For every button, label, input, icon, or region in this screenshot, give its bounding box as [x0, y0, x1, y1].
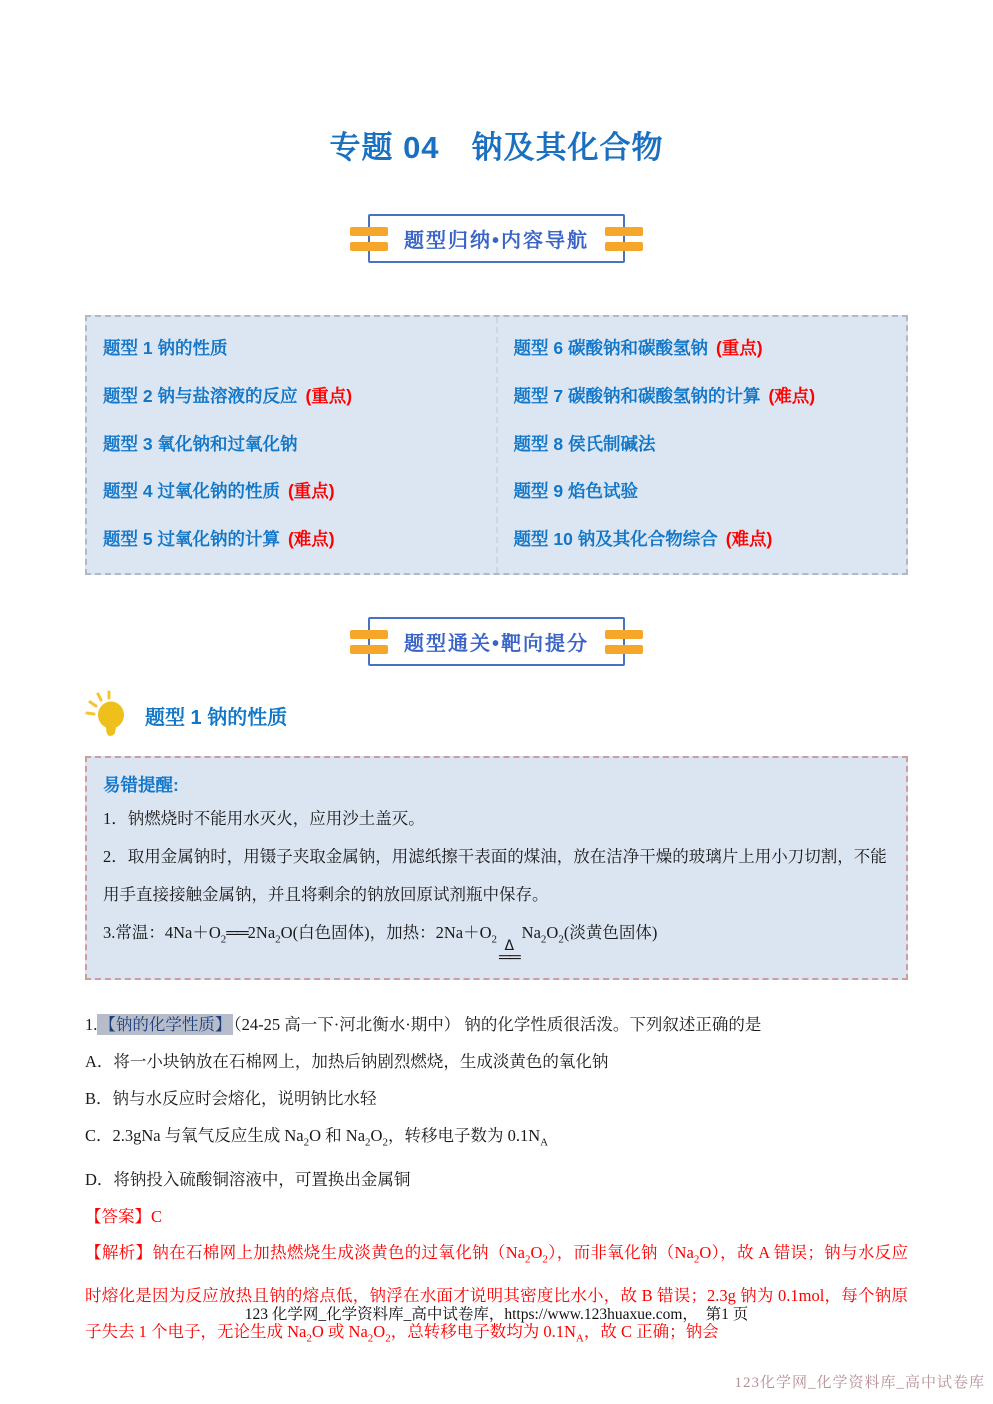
question-topic-tag: 【钠的化学性质】	[97, 1014, 233, 1035]
double-bars-icon	[605, 624, 643, 660]
error-alert-box: 易错提醒: 1．钠燃烧时不能用水灭火，应用沙土盖灭。 2．取用金属钠时，用镊子夹…	[85, 756, 908, 980]
topic-label: 题型 8 侯氏制碱法	[514, 434, 656, 454]
watermark: 123化学网_化学资料库_高中试卷库	[734, 1371, 985, 1392]
topic-label: 题型 10 钠及其化合物综合	[514, 529, 718, 549]
topic-item: 题型 8 侯氏制碱法	[514, 431, 891, 456]
topic-tag: (重点)	[716, 338, 763, 358]
topic-label: 题型 6 碳酸钠和碳酸氢钠	[514, 338, 708, 358]
analysis-paragraph: 【解析】钠在石棉网上加热燃烧生成淡黄色的过氧化钠（Na2O2），而非氧化钠（Na…	[85, 1235, 908, 1356]
banner-nav-label: 题型归纳•内容导航	[404, 230, 589, 252]
option-d: D．将钠投入硫酸铜溶液中，可置换出金属铜	[85, 1161, 908, 1198]
option-b: B．钠与水反应时会熔化，说明钠比水轻	[85, 1080, 908, 1117]
bar-shape	[350, 630, 388, 639]
question-stem: 1.【钠的化学性质】（24-25 高一下·河北衡水·期中） 钠的化学性质很活泼。…	[85, 1006, 908, 1043]
tip-item: 2．取用金属钠时，用镊子夹取金属钠，用滤纸擦干表面的煤油，放在洁净干燥的玻璃片上…	[103, 838, 890, 914]
topic-item: 题型 4 过氧化钠的性质(重点)	[103, 478, 480, 503]
tip-item: 1．钠燃烧时不能用水灭火，应用沙土盖灭。	[103, 800, 890, 838]
page-footer: 123 化学网_化学资料库_高中试卷库，https://www.123huaxu…	[0, 1302, 993, 1324]
tip-item-equation: 3.常温：4Na＋O2══2Na2O(白色固体)，加热：2Na＋O2Δ══Na2…	[103, 914, 890, 964]
topic-label: 题型 2 钠与盐溶液的反应	[103, 386, 297, 406]
banner-practice-label: 题型通关•靶向提分	[404, 633, 589, 655]
topic-item: 题型 7 碳酸钠和碳酸氢钠的计算(难点)	[514, 383, 891, 408]
topic-label: 题型 1 钠的性质	[103, 338, 227, 358]
page-title: 专题 04 钠及其化合物	[0, 0, 993, 167]
topic-tag: (重点)	[305, 386, 352, 406]
topic-label: 题型 7 碳酸钠和碳酸氢钠的计算	[514, 386, 761, 406]
bar-shape	[605, 645, 643, 654]
bar-shape	[605, 227, 643, 236]
analysis-label: 【解析】	[85, 1243, 152, 1262]
topic-item: 题型 3 氧化钠和过氧化钠	[103, 431, 480, 456]
section-title: 题型 1 钠的性质	[145, 701, 287, 730]
lightbulb-icon	[85, 690, 129, 740]
question-stem-text: （24-25 高一下·河北衡水·期中） 钠的化学性质很活泼。下列叙述正确的是	[233, 1015, 761, 1034]
section-heading: 题型 1 钠的性质	[85, 690, 908, 740]
topic-item: 题型 2 钠与盐溶液的反应(重点)	[103, 383, 480, 408]
topic-item: 题型 6 碳酸钠和碳酸氢钠(重点)	[514, 335, 891, 360]
topic-label: 题型 4 过氧化钠的性质	[103, 481, 280, 501]
topic-tag: (难点)	[288, 529, 335, 549]
topic-tag: (重点)	[288, 481, 335, 501]
banner-practice: 题型通关•靶向提分	[368, 617, 625, 666]
bar-shape	[605, 630, 643, 639]
bar-shape	[605, 242, 643, 251]
topic-item: 题型 5 过氧化钠的计算(难点)	[103, 526, 480, 551]
topic-label: 题型 9 焰色试验	[514, 481, 638, 501]
option-c: C．2.3gNa 与氧气反应生成 Na2O 和 Na2O2，转移电子数为 0.1…	[85, 1117, 908, 1161]
analysis-text: 钠在石棉网上加热燃烧生成淡黄色的过氧化钠（Na2O2），而非氧化钠（Na2O），…	[85, 1243, 908, 1340]
topic-item: 题型 10 钠及其化合物综合(难点)	[514, 526, 891, 551]
topic-tag: (难点)	[726, 529, 773, 549]
document-page: 专题 04 钠及其化合物 题型归纳•内容导航 题型 1 钠的性质 题型 2 钠与…	[0, 0, 993, 1404]
topic-item: 题型 1 钠的性质	[103, 335, 480, 360]
topic-tag: (难点)	[768, 386, 815, 406]
banner-content-nav: 题型归纳•内容导航	[368, 214, 625, 263]
double-bars-icon	[350, 221, 388, 257]
topic-item: 题型 9 焰色试验	[514, 478, 891, 503]
topic-index-table: 题型 1 钠的性质 题型 2 钠与盐溶液的反应(重点) 题型 3 氧化钠和过氧化…	[85, 315, 908, 575]
topic-label: 题型 3 氧化钠和过氧化钠	[103, 434, 297, 454]
tips-heading: 易错提醒:	[103, 770, 890, 800]
option-a: A．将一小块钠放在石棉网上，加热后钠剧烈燃烧，生成淡黄色的氧化钠	[85, 1043, 908, 1080]
double-bars-icon	[605, 221, 643, 257]
bar-shape	[350, 645, 388, 654]
topic-label: 题型 5 过氧化钠的计算	[103, 529, 280, 549]
answer-value: C	[151, 1207, 162, 1226]
answer-label: 【答案】	[85, 1207, 151, 1226]
double-bars-icon	[350, 624, 388, 660]
question-number: 1.	[85, 1015, 97, 1034]
answer-line: 【答案】C	[85, 1198, 908, 1235]
bar-shape	[350, 242, 388, 251]
bar-shape	[350, 227, 388, 236]
topic-column-left: 题型 1 钠的性质 题型 2 钠与盐溶液的反应(重点) 题型 3 氧化钠和过氧化…	[87, 317, 496, 573]
topic-column-right: 题型 6 碳酸钠和碳酸氢钠(重点) 题型 7 碳酸钠和碳酸氢钠的计算(难点) 题…	[496, 317, 907, 573]
